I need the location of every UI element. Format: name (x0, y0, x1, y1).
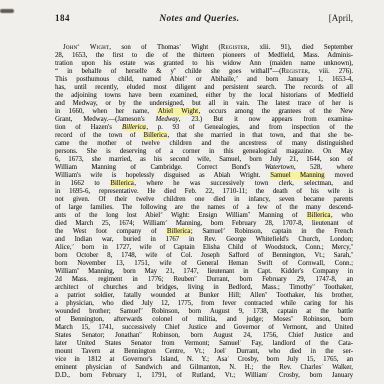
text-segment: Watertown (265, 164, 294, 171)
text-segment: 6, 1673, she married, as his second wife… (55, 156, 353, 163)
search-highlight: Billerica (166, 228, 190, 235)
text-line: in 1662 to Billerica, where he was succe… (55, 180, 353, 188)
text-segment: in 1695-6, representative. He died Feb. … (55, 188, 353, 195)
text-line: later United States Senator from Vermont… (55, 340, 353, 348)
text-segment: Robinson, born (293, 316, 353, 323)
text-line: Alice,5 born in 1727, wife of Captain El… (55, 244, 353, 252)
text-segment: , who (331, 212, 353, 219)
text-line: tion of Hazen's Billerica, p. 93 of Gene… (55, 124, 353, 132)
text-line: the West foot company of Billerica; Samu… (55, 228, 353, 236)
text-line: Grant, Medway.—(Jameson's Medway, 23.) B… (55, 116, 353, 124)
text-segment: in 1660, when her name, (55, 108, 157, 115)
text-line: tration upon his estate was granted to h… (55, 60, 353, 68)
text-segment: persons. She is deserving of a corner in… (55, 148, 353, 155)
text-segment: Crosby, born July 15, 1765, an (230, 356, 353, 363)
generation-superscript: 6 (351, 252, 353, 255)
text-segment: , son of Thomas (109, 44, 179, 51)
scan-edge-artifact (0, 9, 14, 13)
text-line: persons. She is deserving of a corner in… (55, 148, 353, 156)
text-segment: , 23.) But it now appears from examina- (179, 116, 353, 123)
text-line: 2d Mass. regiment in 1776; Reuben6 Durra… (55, 276, 353, 284)
text-segment: Robinson, born August 24, 1756, Chief Ju… (141, 332, 353, 339)
text-line: record of the town of Billerica, that sh… (55, 132, 353, 140)
text-segment: a physician, who died July 12, 1775, fro… (55, 300, 353, 307)
text-segment: Toothaker, his brother, (267, 292, 353, 299)
text-segment: William (55, 268, 77, 275)
text-line: architect of churches and bridges, livin… (55, 284, 353, 292)
text-segment: Register (221, 44, 248, 51)
text-segment: Manning, born May 21, 1747, lieutenant i… (79, 268, 353, 275)
text-segment: Register (281, 68, 308, 75)
text-segment: , 528, where (294, 164, 353, 171)
text-segment: ants of the long lost Abiel (55, 212, 160, 219)
text-segment: childe she goes withall”—( (176, 68, 282, 75)
text-line: 6, 1673, she married, as his second wife… (55, 156, 353, 164)
text-segment: March 15, 1741, successively Chief Justi… (55, 324, 353, 331)
text-line: States Senator; Jonathan6 Robinson, born… (55, 332, 353, 340)
text-line: William Manning of Cambridge. Correct Bo… (55, 164, 353, 172)
text-segment: , that she married in that town, and tha… (167, 132, 353, 139)
text-line: born November 13, 1751, wife of General … (55, 260, 353, 268)
text-segment: has, until recently, eluded most diligen… (55, 84, 353, 91)
text-segment: in 1662 to (55, 180, 110, 187)
text-line: a physician, who died July 12, 1775, fro… (55, 300, 353, 308)
search-highlight: Billerica (110, 180, 134, 187)
text-segment: John (63, 44, 77, 51)
text-segment: Robinson, captain in the French (225, 228, 353, 235)
text-segment: vice in 1812 at Governor's Island, N. Y.… (55, 356, 227, 363)
text-segment: Manning, born February 28, 1707-8, lieut… (167, 220, 353, 227)
text-segment: or Abihaile, (187, 76, 236, 83)
text-segment: born November 13, 1751, wife of General … (55, 260, 353, 267)
search-highlight: Billerica (143, 132, 167, 139)
text-segment: Alice, (55, 244, 71, 251)
text-segment: the adjoining towns have been examined, … (55, 92, 353, 99)
text-line: the adjoining towns have been examined, … (55, 92, 353, 100)
text-segment: wounded brother; Samuel (55, 308, 140, 315)
search-highlight: Abiel Wight (157, 108, 198, 115)
text-segment: Wight ( (181, 44, 221, 51)
text-segment (79, 44, 89, 51)
text-segment: Toothaker, (315, 284, 353, 291)
issue-month-label: [April, (329, 13, 353, 23)
text-segment: Robinson, born August 9, 1738, captain a… (142, 308, 353, 315)
text-segment: of large families. The following are the… (55, 204, 353, 211)
text-line: of Bennington, afterwards colonel of mil… (55, 316, 353, 324)
text-line: has, until recently, eluded most diligen… (55, 84, 353, 92)
text-segment: died March 25, 1674; William (55, 220, 165, 227)
text-segment: born in 1727, wife of Captain Elisha Chi… (74, 244, 351, 251)
text-segment: the West foot company of (55, 228, 166, 235)
text-line: in 1660, when her name, Abiel Wight, occ… (55, 108, 353, 116)
search-highlight: Samuel Manning (270, 172, 325, 179)
generation-superscript: 6 (351, 244, 353, 247)
text-segment: States Senator; Jonathan (55, 332, 139, 339)
text-segment: and born January 1, 1653-4, (238, 76, 353, 83)
text-line: of large families. The following are the… (55, 204, 353, 212)
text-line: and Indian war, buried in 1767 in Rev. G… (55, 236, 353, 244)
text-segment: Crosby, born January (269, 372, 353, 379)
text-segment: and Indian war, buried in 1767 in Rev. G… (55, 236, 353, 243)
text-segment: Walker, (323, 364, 353, 371)
text-segment: Durrant, who died in the ser- (227, 348, 353, 355)
text-segment: Durrant, born February 29, 1747-8, an (196, 276, 353, 283)
text-line: D.D., born February 1, 1791, of Rutland,… (55, 372, 353, 380)
text-segment: , occurs among the grantees of the New (199, 108, 353, 115)
text-segment: tration upon his estate was granted to h… (55, 60, 353, 67)
text-segment: not given. Of their twelve children one … (55, 196, 353, 203)
scanned-book-page: 184 Notes and Queries. [April, John2 Wig… (0, 0, 384, 384)
text-line: and Medway, or by the undersigned, but a… (55, 100, 353, 108)
text-line: This posthumous child, named Abiel3 or A… (55, 76, 353, 84)
text-segment: Wight (90, 44, 109, 51)
text-line: born October 8, 1748, wife of Col. Josep… (55, 252, 353, 260)
text-segment: tion of Hazen's (55, 124, 122, 131)
text-segment: a patriot soldier, fatally wounded at Bu… (55, 292, 265, 299)
text-segment: , p. 93 of Genealogies, and from inspect… (146, 124, 353, 131)
page-number: 184 (55, 13, 70, 23)
search-highlight: Billerica (306, 212, 330, 219)
text-segment: “ in behalfe of herselfe & y (55, 68, 174, 75)
text-segment: came the mother of twelve children and t… (55, 140, 353, 147)
text-segment: D.D., born February 1, 1791, of Rutland,… (55, 372, 267, 379)
text-line: eminent physician of Sandwich and Gilman… (55, 364, 353, 372)
text-line: John2 Wight, son of Thomas1 Wight (Regis… (55, 44, 353, 52)
text-line: William's wife is hopelessly disguised a… (55, 172, 353, 180)
text-segment: William's wife is hopelessly disguised a… (55, 172, 270, 179)
text-line: “ in behalfe of herselfe & ye childe she… (55, 68, 353, 76)
text-line: vice in 1812 at Governor's Island, N. Y.… (55, 356, 353, 364)
text-line: ants of the long lost Abiel3 Wight: Ensi… (55, 212, 353, 220)
page-header: 184 Notes and Queries. [April, (55, 13, 353, 24)
text-segment: , where he was successively town clerk, … (134, 180, 353, 187)
text-segment: Wight: Ensign William (162, 212, 247, 219)
text-line: March 15, 1741, successively Chief Justi… (55, 324, 353, 332)
text-segment: Fay, landlord of the Cata- (242, 340, 353, 347)
search-highlight: Billerica (122, 124, 147, 131)
text-segment: architect of churches and bridges, livin… (55, 284, 312, 291)
text-segment: ; Samuel (191, 228, 223, 235)
text-segment: 28, 1653, the first to die of the thirte… (55, 52, 353, 59)
text-line: not given. Of their twelve children one … (55, 196, 353, 204)
text-segment: mount Tavern at Bennington Centre, Vt.; … (55, 348, 225, 355)
text-segment: moved (325, 172, 353, 179)
text-segment: William Manning of Cambridge. Correct Bo… (55, 164, 265, 171)
text-line: died March 25, 1674; William5 Manning, b… (55, 220, 353, 228)
article-body: John2 Wight, son of Thomas1 Wight (Regis… (55, 44, 353, 380)
text-segment: Grant, Medway.—(Jameson's (55, 116, 156, 123)
text-segment: This posthumous child, named Abiel (55, 76, 185, 83)
text-segment: , xlii. 91), died September (247, 44, 353, 51)
text-line: 28, 1653, the first to die of the thirte… (55, 52, 353, 60)
text-line: William6 Manning, born May 21, 1747, lie… (55, 268, 353, 276)
text-segment: later United States Senator from Vermont… (55, 340, 240, 347)
text-line: wounded brother; Samuel6 Robinson, born … (55, 308, 353, 316)
text-line: mount Tavern at Bennington Centre, Vt.; … (55, 348, 353, 356)
text-segment: 2d Mass. regiment in 1776; Reuben (55, 276, 194, 283)
text-segment: Medway (156, 116, 179, 123)
page-title: Notes and Queries. (159, 14, 239, 24)
text-line: a patriot soldier, fatally wounded at Bu… (55, 292, 353, 300)
text-segment: born October 8, 1748, wife of Col. Josep… (55, 252, 351, 259)
text-segment: record of the town of (55, 132, 143, 139)
text-line: came the mother of twelve children and t… (55, 140, 353, 148)
text-segment: eminent physician of Sandwich and Gilman… (55, 364, 321, 371)
text-segment: , viii. 276). (308, 68, 353, 75)
text-segment: and Medway, or by the undersigned, but a… (55, 100, 353, 107)
text-segment: Manning of (250, 212, 306, 219)
text-line: in 1695-6, representative. He died Feb. … (55, 188, 353, 196)
text-segment: of Bennington, afterwards colonel of mil… (55, 316, 291, 323)
